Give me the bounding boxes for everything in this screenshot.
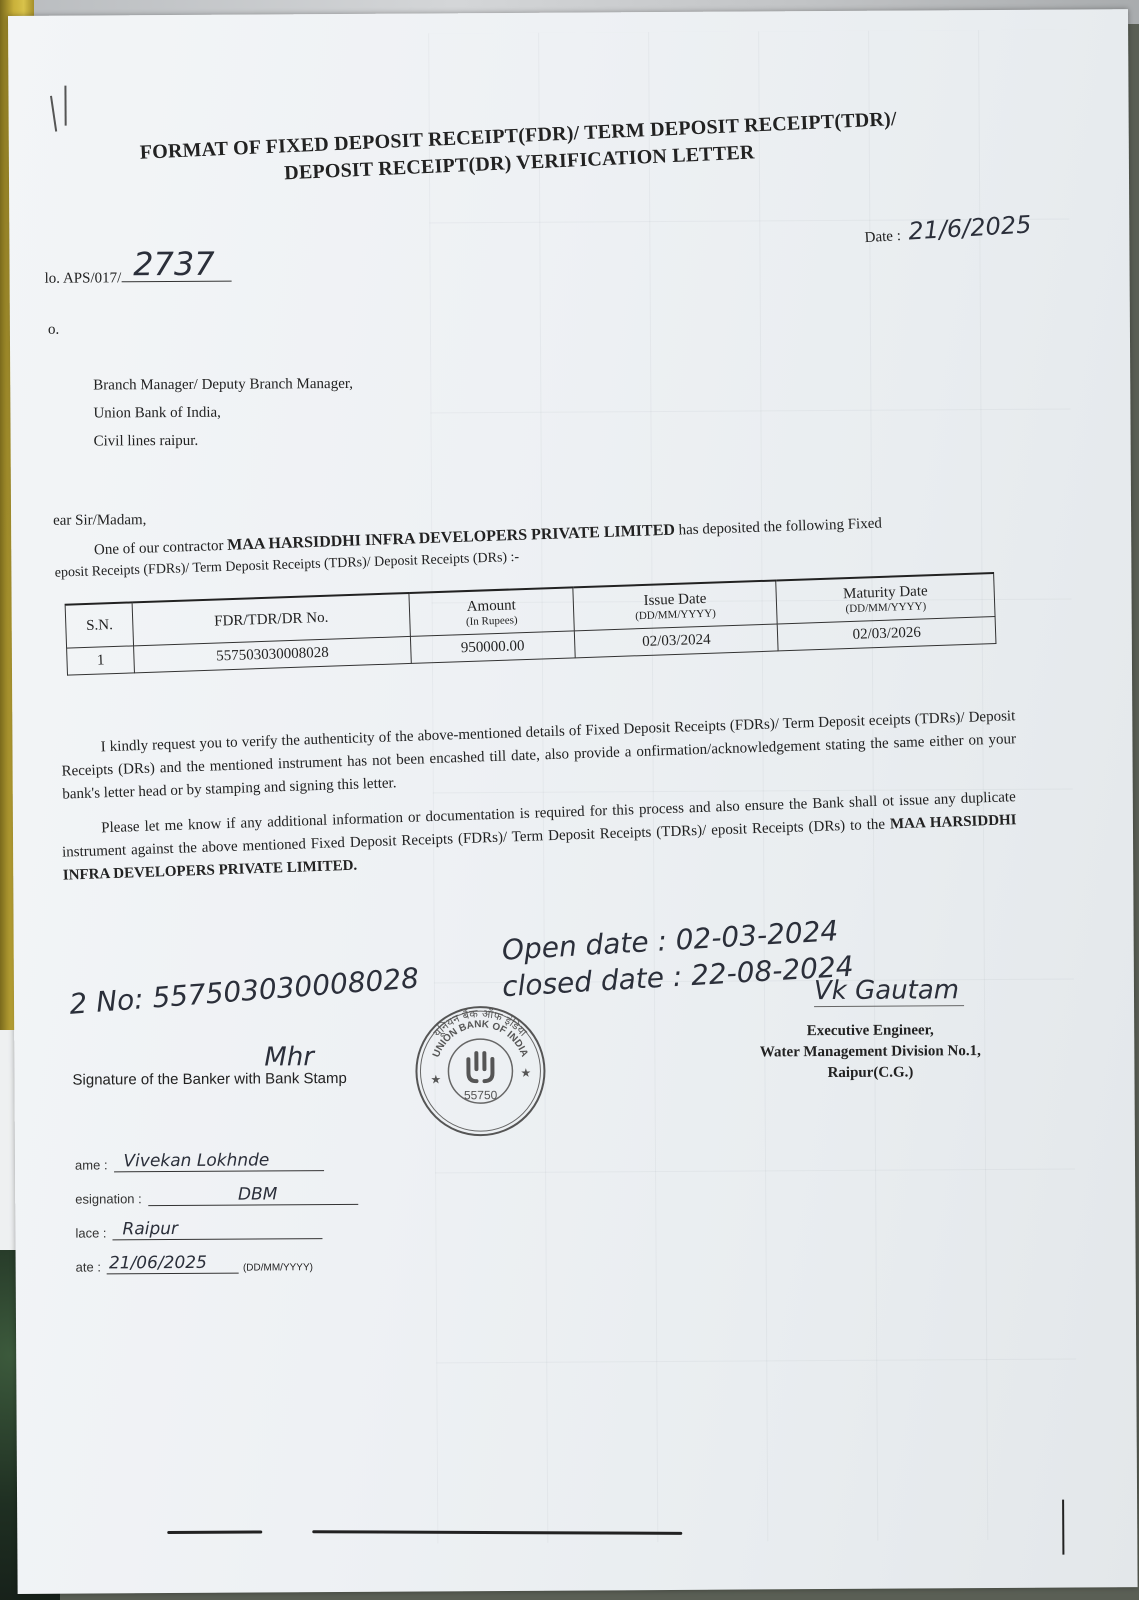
banker-name-value: Vivekan Lokhnde <box>113 1150 323 1172</box>
reference-number: lo. APS/017/2737 <box>45 263 232 288</box>
date-format-hint: (DD/MM/YYYY) <box>243 1262 313 1273</box>
ref-handwritten: 2737 <box>133 245 215 283</box>
col-maturity-date: Maturity Date(DD/MM/YYYY) <box>776 573 995 624</box>
cell-issue-date: 02/03/2024 <box>574 624 778 658</box>
date-handwritten: 21/6/2025 <box>908 210 1032 245</box>
addressee-line: Civil lines raipur. <box>94 426 354 456</box>
banker-details: ame : Vivekan Lokhnde esignation : DBM l… <box>75 1137 358 1275</box>
date-label: Date : <box>864 228 901 246</box>
field-label: esignation : <box>75 1191 142 1206</box>
svg-text:★: ★ <box>430 1072 441 1086</box>
addressee-line: Branch Manager/ Deputy Branch Manager, <box>93 370 353 400</box>
col-issue-date: Issue Date(DD/MM/YYYY) <box>573 580 778 630</box>
col-amount: Amount(In Rupees) <box>409 587 575 636</box>
intro-prefix: One of our contractor <box>94 538 228 559</box>
banker-name-row: ame : Vivekan Lokhnde <box>75 1137 358 1173</box>
banker-date-value: 21/06/2025 <box>107 1253 239 1275</box>
field-label: ate : <box>76 1259 101 1274</box>
bank-stamp-icon: UNION BANK OF INDIA यूनियन बैंक ऑफ इंडिय… <box>412 1003 549 1140</box>
ref-prefix: lo. APS/017/ <box>45 270 122 286</box>
addressee-block: Branch Manager/ Deputy Branch Manager, U… <box>93 370 353 456</box>
col-sn: S.N. <box>65 602 134 648</box>
banker-designation-value: DBM <box>148 1184 358 1206</box>
request-text: I kindly request you to verify the authe… <box>61 708 1016 802</box>
banker-designation-row: esignation : DBM <box>75 1171 358 1207</box>
to-label: o. <box>48 322 59 339</box>
addressee-line: Union Bank of India, <box>93 398 353 428</box>
ee-title: Executive Engineer, <box>730 1020 1010 1043</box>
document-title: FORMAT OF FIXED DEPOSIT RECEIPT(FDR)/ TE… <box>78 103 960 196</box>
executive-engineer-block: Executive Engineer, Water Management Div… <box>730 1020 1010 1085</box>
svg-text:55750: 55750 <box>464 1088 498 1102</box>
right-margin-mark <box>1062 1500 1064 1555</box>
fdr-table: S.N. FDR/TDR/DR No. Amount(In Rupees) Is… <box>65 572 997 676</box>
svg-text:★: ★ <box>520 1066 531 1080</box>
banker-date-row: ate : 21/06/2025 (DD/MM/YYYY) <box>75 1239 358 1275</box>
margin-mark <box>48 86 78 146</box>
banker-place-row: lace : Raipur <box>75 1205 358 1241</box>
banker-signature-label: Signature of the Banker with Bank Stamp <box>72 1070 346 1089</box>
banker-signature: Mhr <box>264 1042 314 1072</box>
ee-division: Water Management Division No.1, <box>730 1041 1010 1064</box>
cell-amount: 950000.00 <box>410 631 575 664</box>
intro-paragraph: One of our contractor MAA HARSIDDHI INFR… <box>53 491 1014 572</box>
field-label: lace : <box>75 1225 106 1240</box>
executive-engineer-signature: Vk Gautam <box>814 975 964 1007</box>
bottom-pen-strokes <box>167 1526 767 1536</box>
banker-place-value: Raipur <box>112 1218 322 1240</box>
field-label: ame : <box>75 1157 108 1172</box>
verification-letter-page: FORMAT OF FIXED DEPOSIT RECEIPT(FDR)/ TE… <box>8 9 1138 1594</box>
letter-date: Date : 21/6/2025 <box>864 210 1032 248</box>
handwritten-fdr-no: 2 No: 557503030008028 <box>68 961 420 1020</box>
ee-place: Raipur(C.G.) <box>730 1062 1010 1085</box>
cell-sn: 1 <box>67 646 135 675</box>
